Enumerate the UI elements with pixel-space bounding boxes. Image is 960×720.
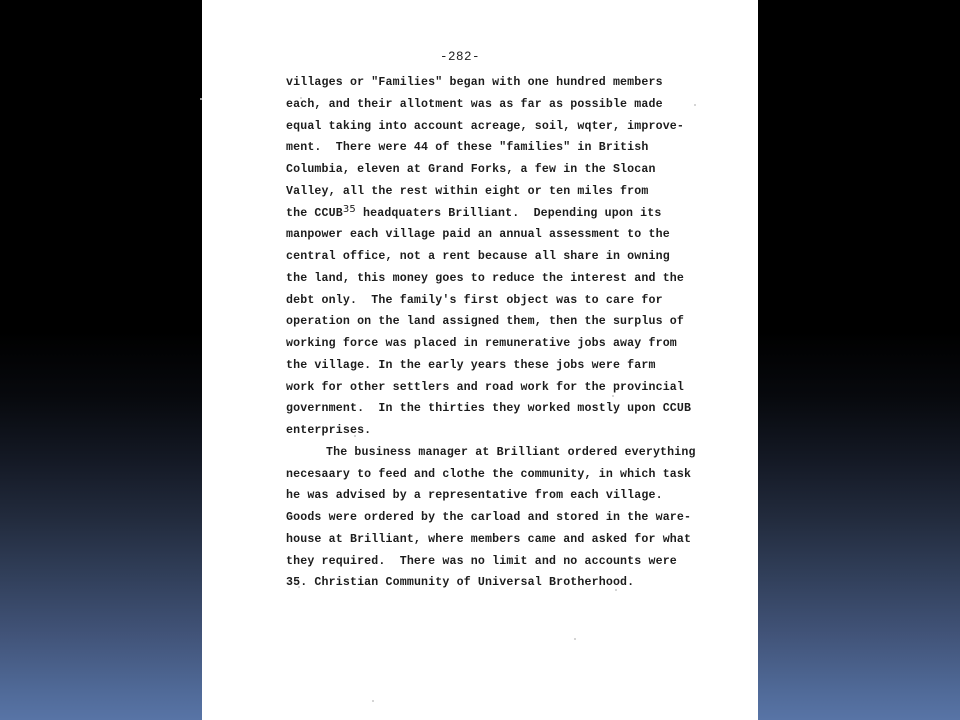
text-line: enterprises. — [286, 420, 706, 442]
text-line: The business manager at Brilliant ordere… — [286, 442, 706, 464]
text-line: debt only. The family's first object was… — [286, 290, 706, 312]
document-page: -282- villages or "Families" began with … — [202, 0, 758, 720]
text-line: government. In the thirties they worked … — [286, 398, 706, 420]
footnote: 35. Christian Community of Universal Bro… — [286, 572, 706, 594]
footnote-reference: 35 — [343, 204, 356, 215]
text-line: each, and their allotment was as far as … — [286, 94, 706, 116]
text-line: house at Brilliant, where members came a… — [286, 529, 706, 551]
text-line: Goods were ordered by the carload and st… — [286, 507, 706, 529]
scan-speck — [372, 700, 374, 702]
scan-speck — [300, 97, 302, 99]
text-line: manpower each village paid an annual ass… — [286, 224, 706, 246]
text-line: working force was placed in remunerative… — [286, 333, 706, 355]
document-body: villages or "Families" began with one hu… — [286, 72, 706, 594]
text-line: work for other settlers and road work fo… — [286, 377, 706, 399]
text-line: he was advised by a representative from … — [286, 485, 706, 507]
scan-speck — [574, 638, 576, 640]
scan-speck — [612, 395, 614, 397]
text-line: the land, this money goes to reduce the … — [286, 268, 706, 290]
text-line: the village. In the early years these jo… — [286, 355, 706, 377]
text-line: central office, not a rent because all s… — [286, 246, 706, 268]
text-line: Columbia, eleven at Grand Forks, a few i… — [286, 159, 706, 181]
text-line: Valley, all the rest within eight or ten… — [286, 181, 706, 203]
text-line: they required. There was no limit and no… — [286, 551, 706, 573]
text-line: the CCUB35 headquaters Brilliant. Depend… — [286, 203, 706, 225]
text-line: operation on the land assigned them, the… — [286, 311, 706, 333]
text-line: necesaary to feed and clothe the communi… — [286, 464, 706, 486]
footnote-number: 35. — [286, 576, 307, 589]
scan-speck — [615, 589, 617, 591]
scan-speck — [354, 435, 356, 437]
footnote-text: Christian Community of Universal Brother… — [307, 576, 634, 589]
page-number: -282- — [202, 50, 718, 64]
text-line: equal taking into account acreage, soil,… — [286, 116, 706, 138]
scan-speck — [200, 98, 202, 100]
text-line: ment. There were 44 of these "families" … — [286, 137, 706, 159]
scan-speck — [694, 104, 696, 106]
text-line: villages or "Families" began with one hu… — [286, 72, 706, 94]
scan-speck — [298, 586, 300, 588]
